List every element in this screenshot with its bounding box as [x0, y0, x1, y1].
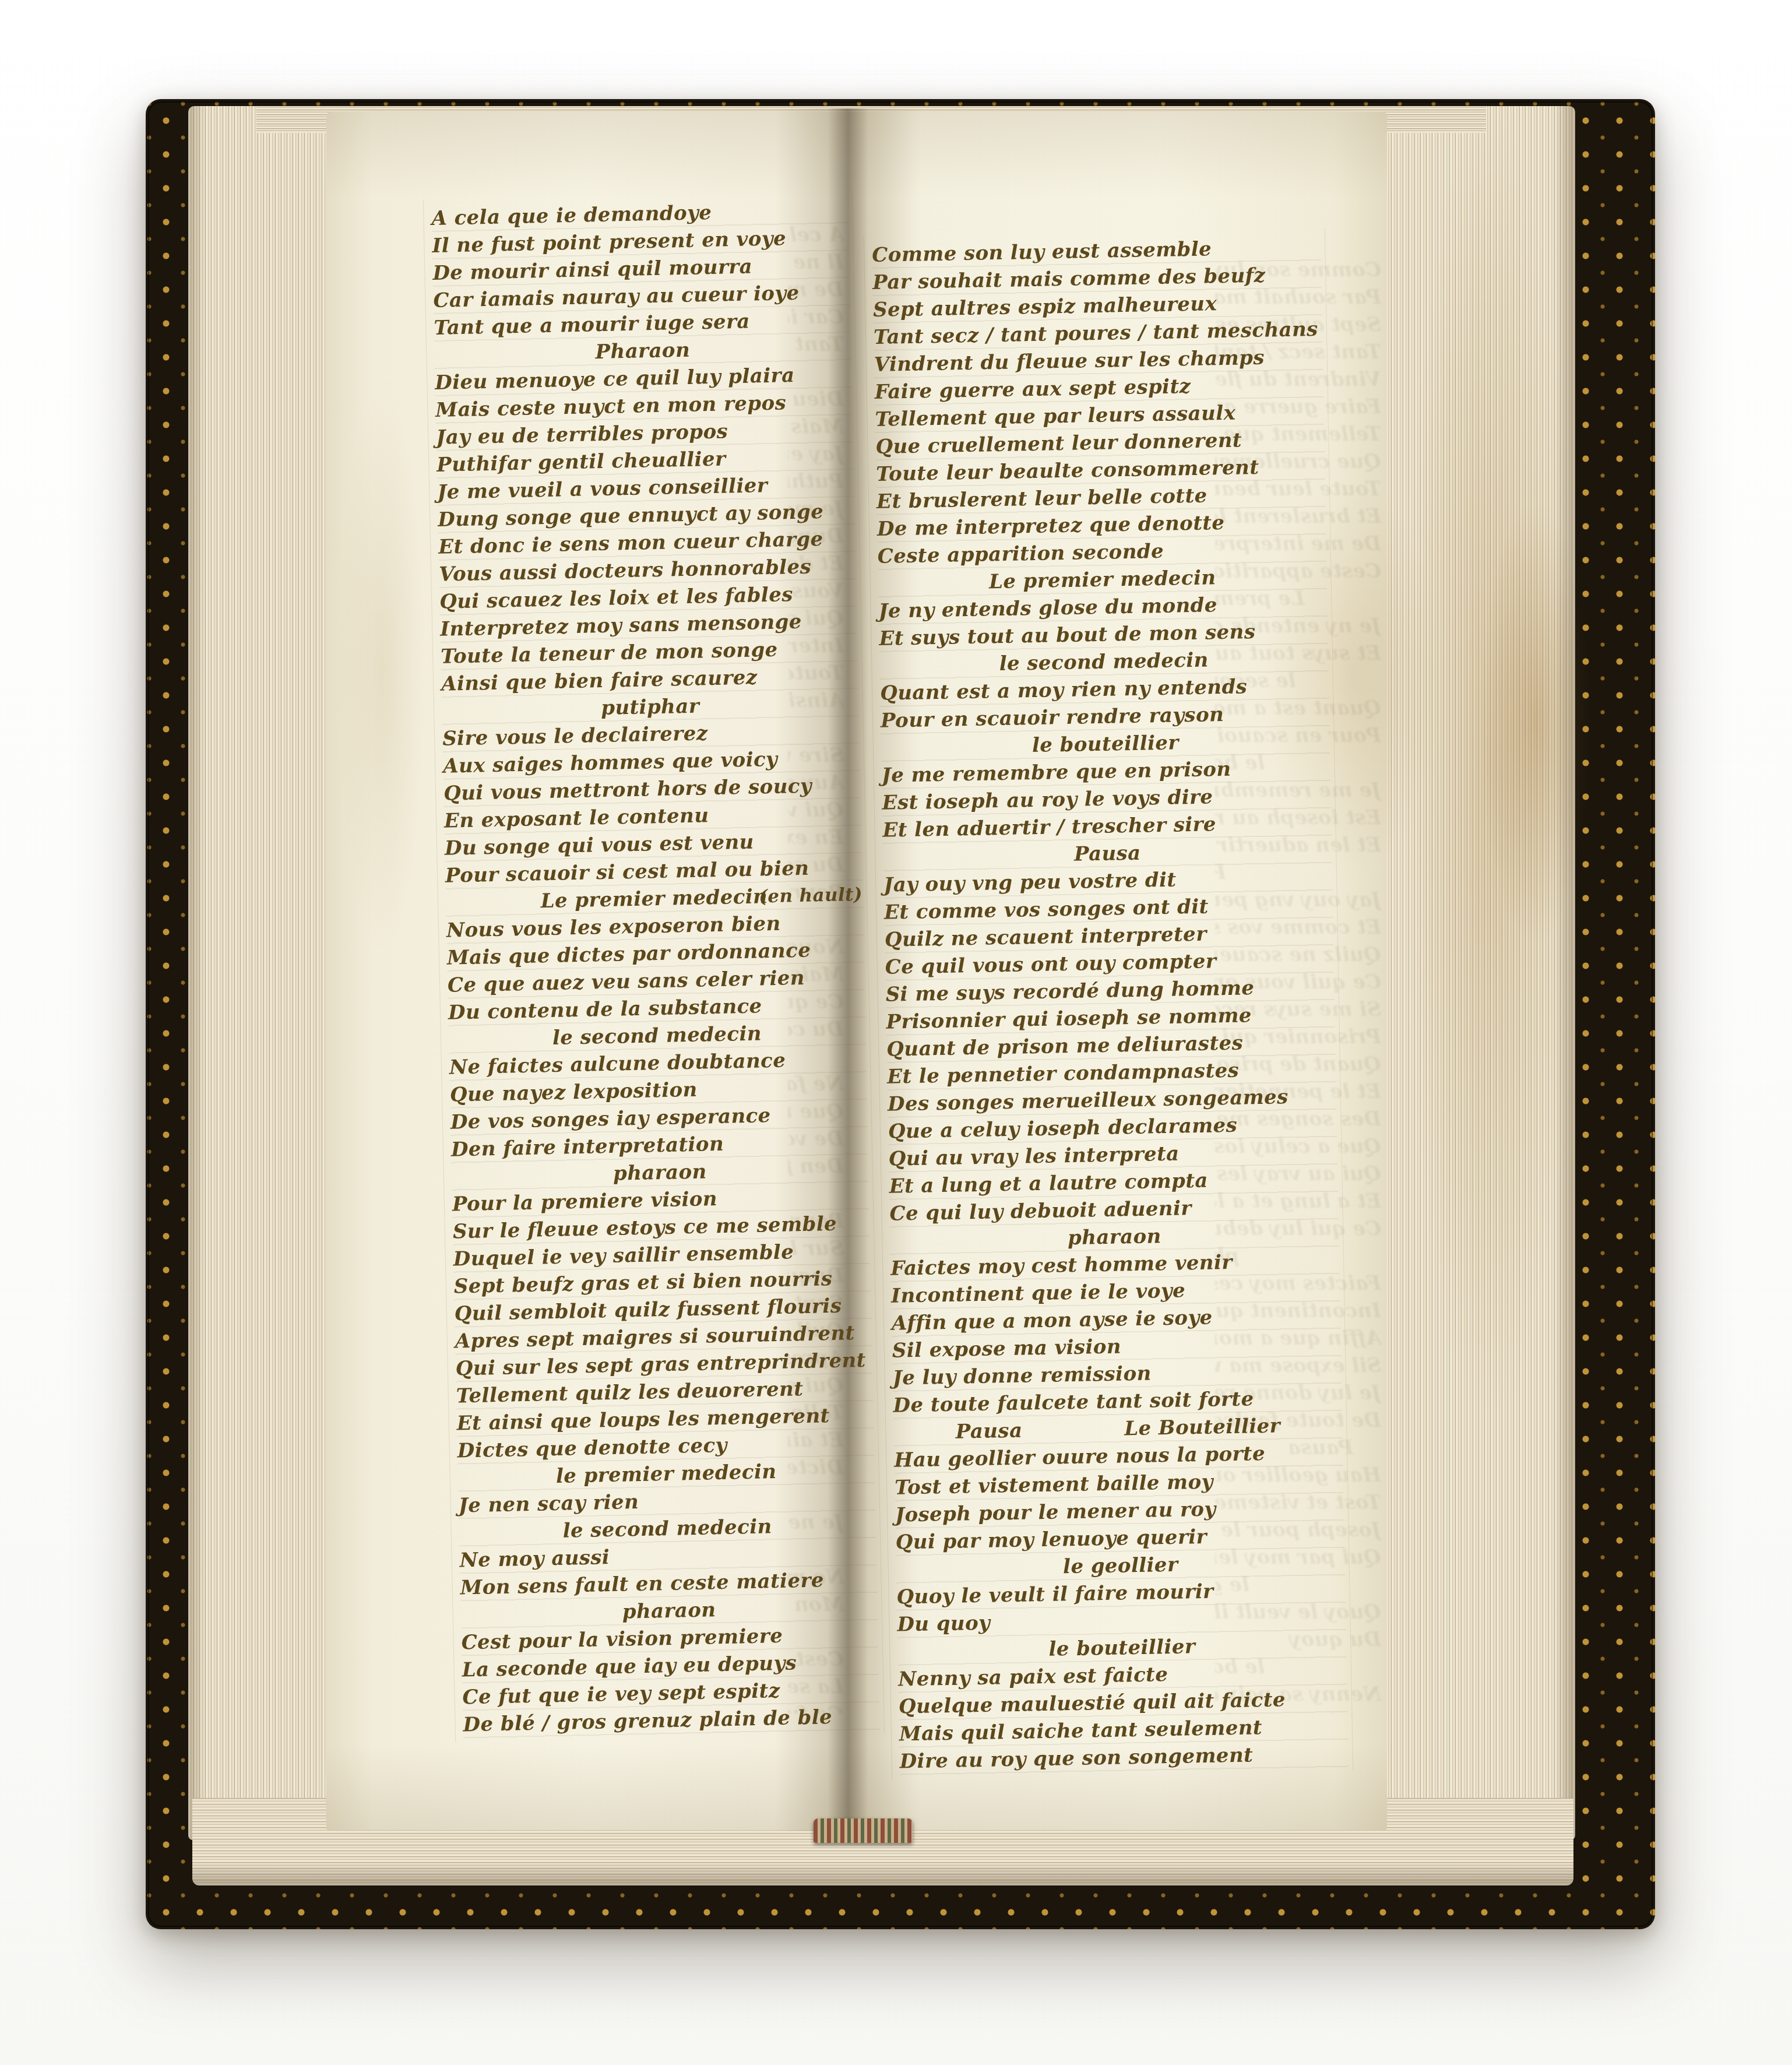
stage-direction-note: (en hault) — [759, 881, 863, 911]
fore-edge-left — [188, 106, 328, 1840]
book-photo: A cela que ie demandoyeIl ne fust point … — [0, 0, 1792, 2065]
right-page-text: Comme son luy eust assemblePar souhait m… — [872, 234, 1349, 1776]
fore-edge-right — [1386, 106, 1575, 1840]
gutter-top-notch — [826, 108, 896, 143]
sewn-headband — [814, 1818, 913, 1843]
left-page-text: A cela que ie demandoyeIl ne fust point … — [431, 196, 880, 1739]
speaker-heading-label: Le Bouteillier — [1124, 1413, 1280, 1443]
speaker-heading-label: Pausa — [955, 1417, 1022, 1446]
